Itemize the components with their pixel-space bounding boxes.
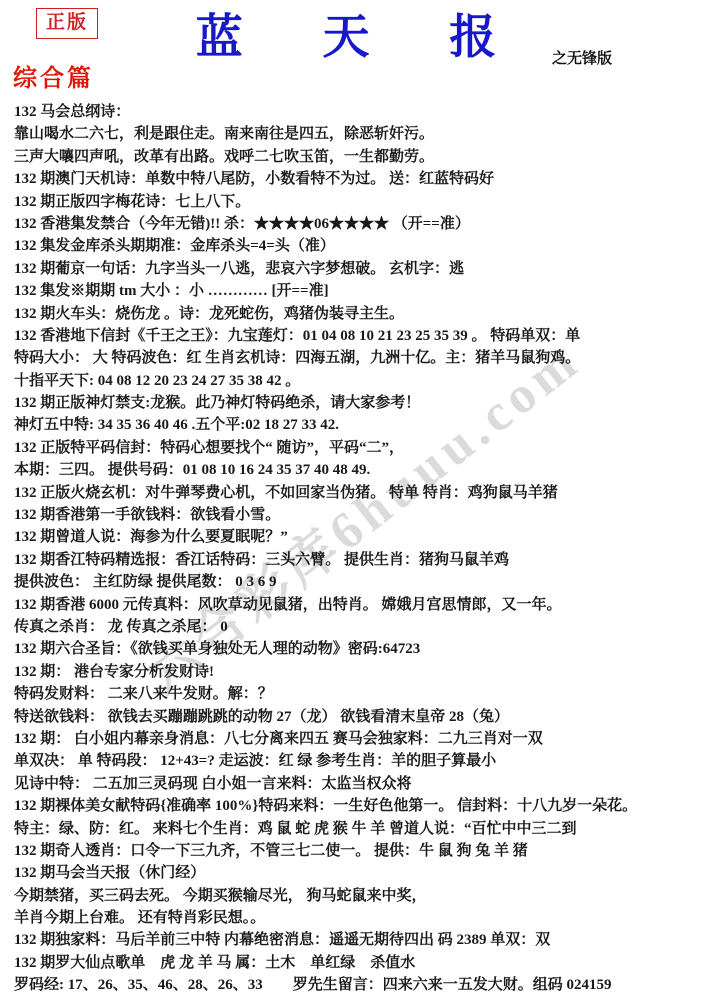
text-line: 132 期奇人透肖：口令一下三九齐，不管三七二使一。 提供：牛 鼠 狗 兔 羊 …: [14, 840, 712, 862]
text-line: 神灯五中特: 34 35 36 40 46 .五个平:02 18 27 33 4…: [14, 414, 712, 436]
text-line: 见诗中特： 二五加三灵码现 白小姐一言来料：太监当权众将: [14, 773, 712, 795]
text-line: 传真之杀肖： 龙 传真之杀尾： 0: [14, 616, 712, 638]
text-line: 132 期香港第一手欲钱料：欲钱看小雪。: [14, 504, 712, 526]
text-line: 单双决： 单 特码段： 12+43=? 走运波：红 绿 参考生肖：羊的胆子算最小: [14, 750, 712, 772]
text-line: 132 期马会当天报（休门经）: [14, 862, 712, 884]
text-line: 132 期裸体美女献特码{准确率 100%}特码来料：一生好色他第一。 信封料：…: [14, 795, 712, 817]
text-line: 132 期曾道人说：海参为什么要夏眠呢？”: [14, 526, 712, 548]
text-line: 132 期正版神灯禁支:龙猴。此乃神灯特码绝杀，请大家参考！: [14, 392, 712, 414]
text-line: 132 马会总纲诗：: [14, 101, 712, 123]
section-title: 综合篇: [13, 58, 94, 93]
text-line: 三声大嚷四声吼，改革有出路。戏呼二七吹玉笛，一生都勤劳。: [14, 146, 712, 168]
text-line: 132 香港地下信封《千王之王》：九宝莲灯：01 04 08 10 21 23 …: [14, 325, 712, 347]
text-line: 特码发财料： 二来八来牛发财。解：？: [14, 683, 712, 705]
text-line: 提供波色： 主红防绿 提供尾数： 0 3 6 9: [14, 571, 712, 593]
text-line: 132 期正版四字梅花诗：七上八下。: [14, 191, 712, 213]
text-line: 特送欲钱料： 欲钱去买蹦蹦跳跳的动物 27（龙） 欲钱看清末皇帝 28（兔）: [14, 706, 712, 728]
text-line: 靠山喝水二六七，利是跟住走。南来南往是四五，除恶斩奸污。: [14, 123, 712, 145]
page-title: 蓝 天 报: [186, 0, 531, 67]
text-line: 十指平天下: 04 08 12 20 23 24 27 35 38 42 。: [14, 370, 712, 392]
newspaper-page: 正版 蓝 天 报 之无锋版 综合篇 六合彩库6huuu.com 132 马会总纲…: [0, 0, 716, 1007]
authentic-badge: 正版: [36, 8, 98, 39]
text-line: 本期：三四。 提供号码：01 08 10 16 24 35 37 40 48 4…: [14, 459, 712, 481]
text-line: 特码大小： 大 特码波色：红 生肖玄机诗：四海五湖，九洲十亿。主：猪羊马鼠狗鸡。: [14, 347, 712, 369]
text-line: 特主：绿、防：红。 来料七个生肖：鸡 鼠 蛇 虎 猴 牛 羊 曾道人说：“百忙中…: [14, 818, 712, 840]
text-line: 132 香港集发禁合（今年无错)!! 杀：★★★★06★★★★ （开==准）: [14, 213, 712, 235]
text-line: 132 期罗大仙点歌单 虎 龙 羊 马 属：土木 单红绿 杀值水: [14, 952, 712, 974]
text-line: 罗码经: 17、26、35、46、28、26、33 罗先生留言：四来六来一五发大…: [14, 974, 712, 996]
text-line: 132 期葡京一句话：九字当头一八逃，悲哀六字梦想破。 玄机字：逃: [14, 258, 712, 280]
text-line: 羊肖今期上台难。 还有特肖彩民想。。: [14, 907, 712, 929]
text-line: 132 正版火烧玄机：对牛弹琴费心机，不如回家当伪猪。 特单 特肖：鸡狗鼠马羊猪: [14, 482, 712, 504]
text-line: 132 期香港 6000 元传真料：风吹草动见鼠猪，出特肖。 嫦娥月宫思情郎，又…: [14, 594, 712, 616]
text-line: 今期禁猪，买三码去死。 今期买猴输尽光， 狗马蛇鼠来中奖，: [14, 885, 712, 907]
text-line: 132 期： 白小姐内幕亲身消息：八七分离来四五 赛马会独家料：二九三肖对一双: [14, 728, 712, 750]
tips-text-block: 132 马会总纲诗： 靠山喝水二六七，利是跟住走。南来南往是四五，除恶斩奸污。 …: [14, 101, 712, 997]
text-line: 132 集发金库杀头期期准：金库杀头=4=头（准）: [14, 235, 712, 257]
text-line: 132 期： 港台专家分析发财诗!: [14, 661, 712, 683]
text-line: 132 正版特平码信封：特码心想要找个“ 随访”，平码“二”，: [14, 437, 712, 459]
text-line: 132 期独家料：马后羊前三中特 内幕绝密消息：遥遥无期待四出 码 2389 单…: [14, 929, 712, 951]
text-line: 132 集发※期期 tm 大小 ：小 ………… [开==准]: [14, 280, 712, 302]
edition-label: 之无锋版: [552, 47, 612, 68]
text-line: 132 期火车头：烧伤龙 。诗：龙死蛇伤，鸡猪伪装寻主生。: [14, 303, 712, 325]
text-line: 132 期澳门天机诗：单数中特八尾防，小数看特不为过。 送：红蓝特码好: [14, 168, 712, 190]
text-line: 132 期香江特码精选报：香江话特码：三头六臂。 提供生肖：猪狗马鼠羊鸡: [14, 549, 712, 571]
text-line: 132 期六合圣旨：《欲钱买单身独处无人理的动物》密码:64723: [14, 638, 712, 660]
